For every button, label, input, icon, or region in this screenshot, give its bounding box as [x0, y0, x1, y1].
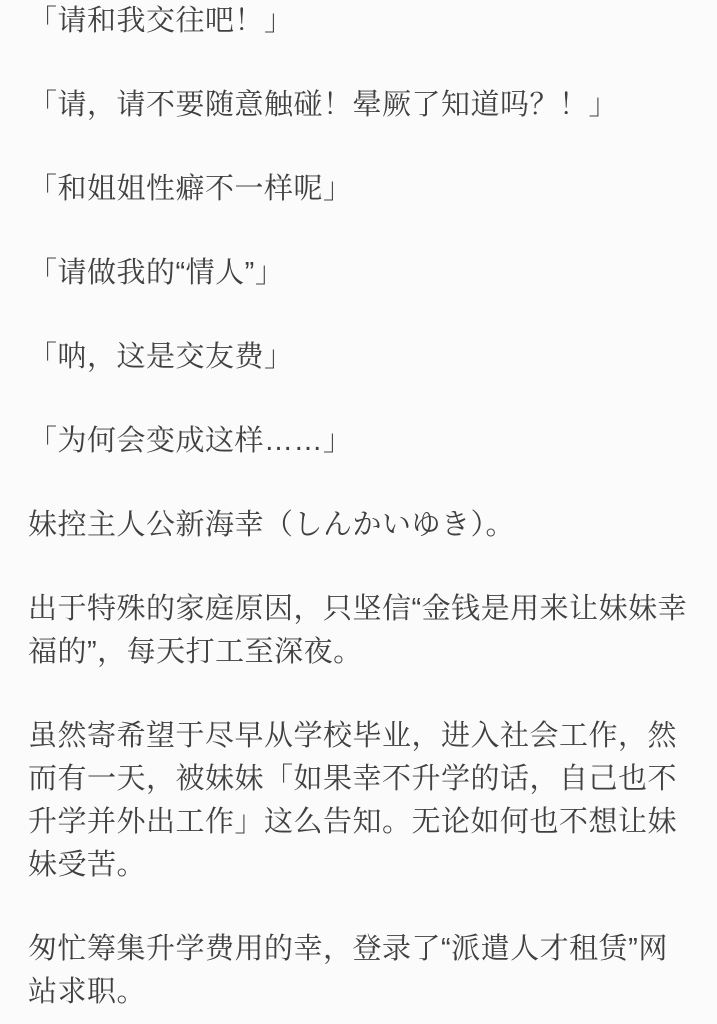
paragraph: 匆忙筹集升学费用的幸，登录了“派遣人才租赁”网站求职。 — [28, 928, 694, 1014]
paragraph: 出于特殊的家庭原因，只坚信“金钱是用来让妹妹幸福的”，每天打工至深夜。 — [28, 588, 694, 674]
paragraph-list: 「请和我交往吧！」 「请，请不要随意触碰！晕厥了知道吗？！」 「和姐姐性癖不一样… — [28, 0, 694, 1014]
paragraph: 「和姐姐性癖不一样呢」 — [28, 168, 694, 211]
paragraph: 妹控主人公新海幸（しんかいゆき）。 — [28, 504, 694, 547]
paragraph: 「呐，这是交友费」 — [28, 336, 694, 379]
paragraph: 「请做我的“情人”」 — [28, 252, 694, 295]
paragraph: 虽然寄希望于尽早从学校毕业，进入社会工作，然而有一天，被妹妹「如果幸不升学的话，… — [28, 715, 694, 887]
paragraph: 「请和我交往吧！」 — [28, 0, 694, 43]
paragraph: 「请，请不要随意触碰！晕厥了知道吗？！」 — [28, 84, 694, 127]
paragraph: 「为何会变成这样……」 — [28, 420, 694, 463]
novel-synopsis-article: 「请和我交往吧！」 「请，请不要随意触碰！晕厥了知道吗？！」 「和姐姐性癖不一样… — [0, 0, 717, 1014]
